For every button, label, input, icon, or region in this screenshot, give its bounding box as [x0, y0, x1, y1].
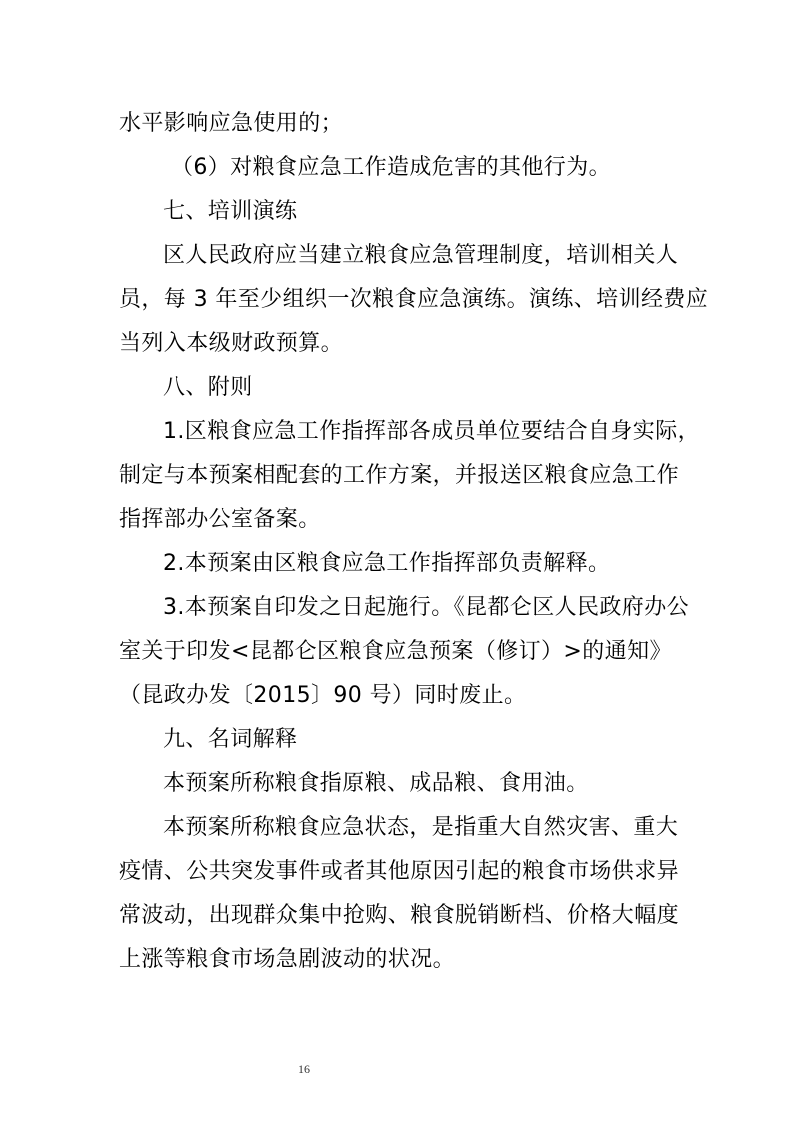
text-line: 水平影响应急使用的；: [119, 111, 343, 137]
page-number: 16: [298, 1062, 310, 1077]
text-line: （昆政办发〔2015〕90 号）同时废止。: [119, 683, 526, 709]
section-heading-appendix: 八、附则: [163, 375, 253, 401]
text-line: 制定与本预案相配套的工作方案，并报送区粮食应急工作: [119, 463, 679, 489]
text-line: 常波动，出现群众集中抢购、粮食脱销断档、价格大幅度: [119, 903, 679, 929]
section-heading-training: 七、培训演练: [163, 199, 297, 225]
list-item-6: （6）对粮食应急工作造成危害的其他行为。: [171, 155, 611, 181]
text-line: 疫情、公共突发事件或者其他原因引起的粮食市场供求异: [119, 859, 679, 885]
section-heading-glossary: 九、名词解释: [163, 727, 297, 753]
text-line: 1.区粮食应急工作指挥部各成员单位要结合自身实际，: [163, 419, 700, 445]
text-line: 指挥部办公室备案。: [119, 507, 321, 533]
text-line: 本预案所称粮食应急状态，是指重大自然灾害、重大: [163, 815, 678, 841]
text-line: 员，每 3 年至少组织一次粮食应急演练。演练、培训经费应: [119, 287, 708, 313]
text-line: 区人民政府应当建立粮食应急管理制度，培训相关人: [163, 243, 678, 269]
text-line: 本预案所称粮食指原粮、成品粮、食用油。: [163, 771, 589, 797]
text-line: 室关于印发<昆都仑区粮食应急预案（修订）>的通知》: [119, 639, 672, 665]
text-line: 2.本预案由区粮食应急工作指挥部负责解释。: [163, 551, 610, 577]
text-line: 当列入本级财政预算。: [119, 331, 343, 357]
text-line: 3.本预案自印发之日起施行。《昆都仑区人民政府办公: [163, 595, 689, 621]
text-line: 上涨等粮食市场急剧波动的状况。: [119, 947, 455, 973]
